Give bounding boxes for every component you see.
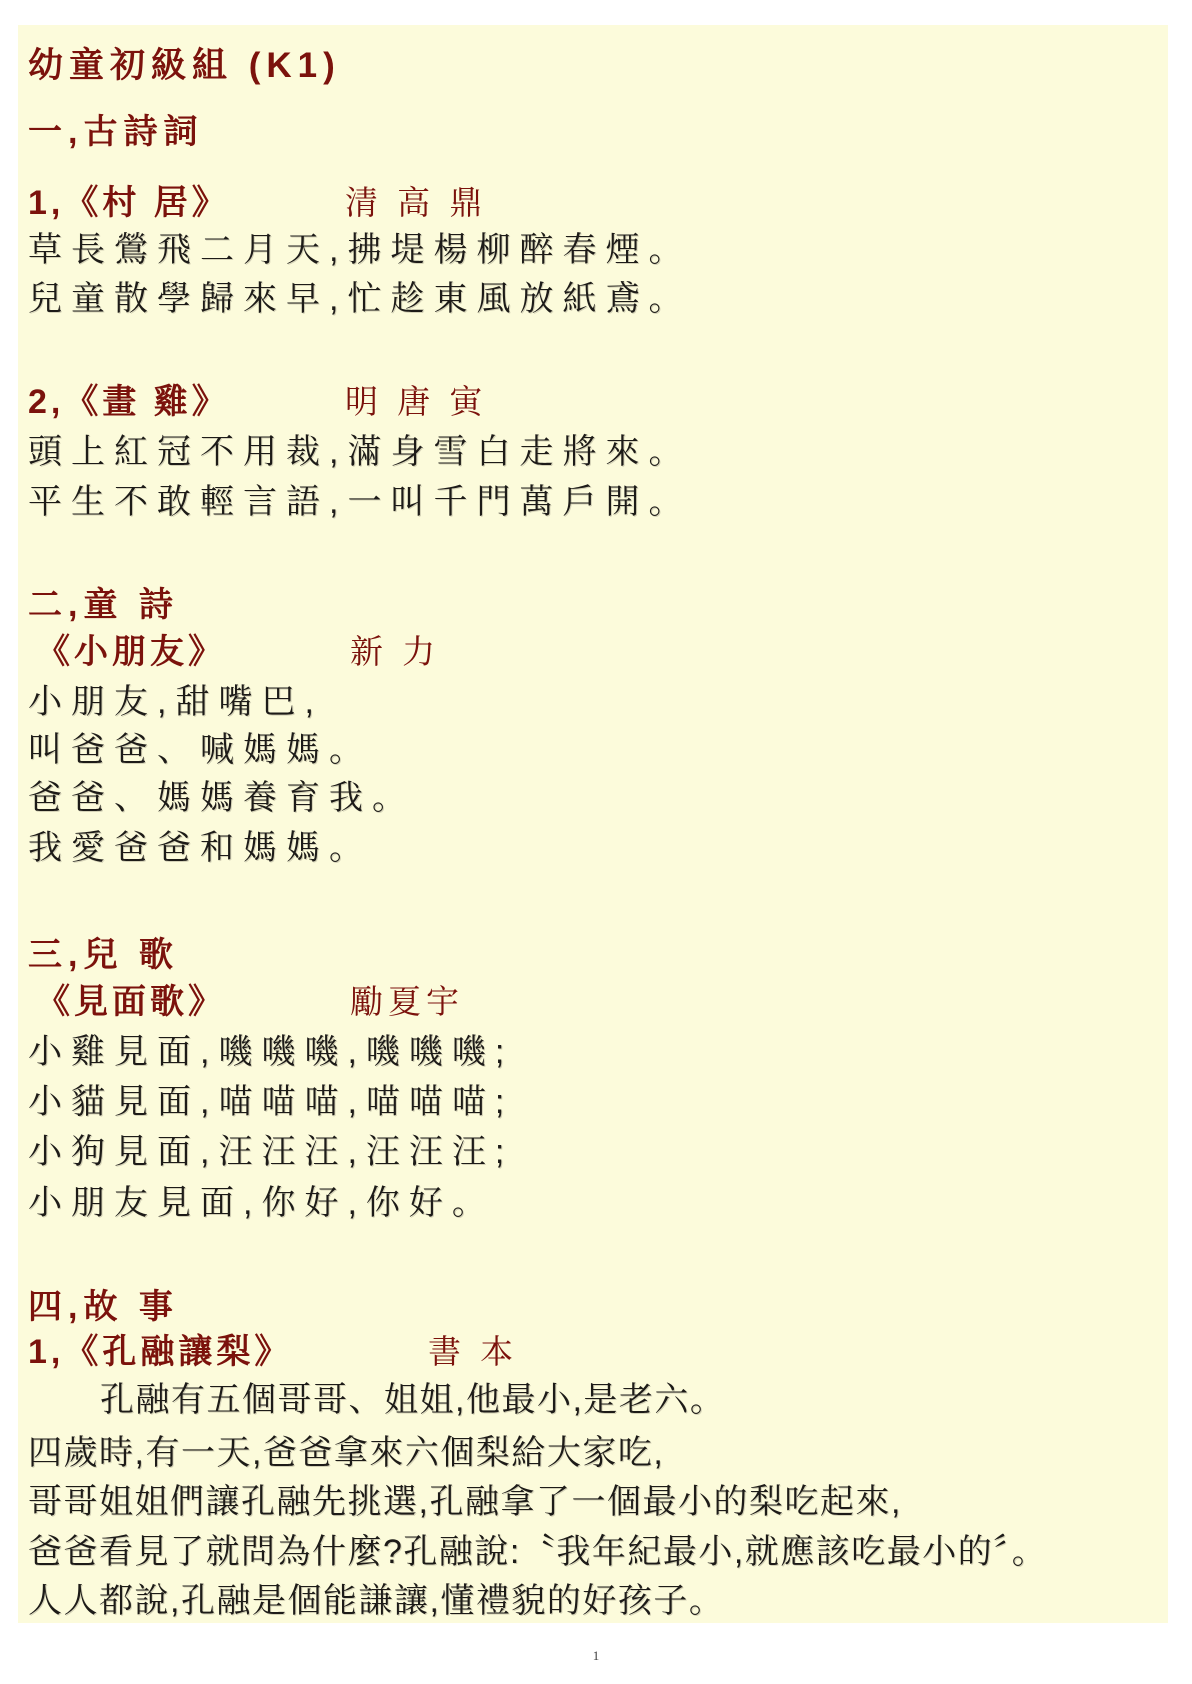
poem-author: 清 高 鼎 [345,182,487,223]
poem-author: 明 唐 寅 [345,381,487,422]
poem-author: 書 本 [428,1331,518,1372]
section-heading-1: 一,古詩詞 [28,111,203,154]
poem-label: 《小朋友》 [36,633,226,671]
poem-label: 1,《村 居》 [28,184,230,222]
poem-line: 平生不敢輕言語,一叫千門萬戶開。 [28,481,691,524]
poem-title-row: 1,《孔融讓梨》 書 本 [28,1331,1128,1374]
poem-line: 小雞見面,嘰嘰嘰,嘰嘰嘰; [28,1031,513,1074]
poem-title-row: 《見面歌》 勵夏宇 [36,981,1136,1024]
poem-line: 兒童散學歸來早,忙趁東風放紙鳶。 [28,278,691,321]
poem-label: 2,《畫 雞》 [28,383,230,421]
section-heading-2: 二,童 詩 [28,584,179,627]
page-number: 1 [0,1648,1192,1664]
poem-title-row: 2,《畫 雞》 明 唐 寅 [28,381,1128,424]
poem-line: 草長鶯飛二月天,拂堤楊柳醉春煙。 [28,229,691,272]
poem-line: 爸爸、媽媽養育我。 [28,777,415,820]
section-heading-4: 四,故 事 [28,1286,179,1329]
section-heading-3: 三,兒 歌 [28,934,179,977]
poem-line: 叫爸爸、喊媽媽。 [28,729,372,772]
story-line: 人人都說,孔融是個能謙讓,懂禮貌的好孩子。 [28,1580,724,1623]
poem-title-row: 《小朋友》 新 力 [36,631,1136,674]
poem-label: 《見面歌》 [36,983,226,1021]
story-line: 哥哥姐姐們讓孔融先挑選,孔融拿了一個最小的梨吃起來, [28,1481,902,1524]
poem-author: 勵夏宇 [350,981,464,1022]
poem-author: 新 力 [350,631,440,672]
story-line: 孔融有五個哥哥、姐姐,他最小,是老六。 [100,1379,725,1422]
poem-line: 小朋友見面,你好,你好。 [28,1182,495,1225]
story-line: 爸爸看見了就問為什麼?孔融說:〝我年紀最小,就應該吃最小的〞。 [28,1531,1047,1574]
poem-line: 頭上紅冠不用裁,滿身雪白走將來。 [28,431,691,474]
poem-line: 小朋友,甜嘴巴, [28,681,323,724]
poem-line: 小狗見面,汪汪汪,汪汪汪; [28,1131,513,1174]
poem-title-row: 1,《村 居》 清 高 鼎 [28,182,1128,225]
document-title: 幼童初級組 (K1) [28,44,341,88]
poem-line: 我愛爸爸和媽媽。 [28,827,372,870]
poem-label: 1,《孔融讓梨》 [28,1333,292,1371]
poem-line: 小貓見面,喵喵喵,喵喵喵; [28,1081,513,1124]
story-line: 四歲時,有一天,爸爸拿來六個梨給大家吃, [28,1432,664,1475]
document-page: 幼童初級組 (K1) 一,古詩詞 1,《村 居》 清 高 鼎 草長鶯飛二月天,拂… [0,0,1192,1684]
